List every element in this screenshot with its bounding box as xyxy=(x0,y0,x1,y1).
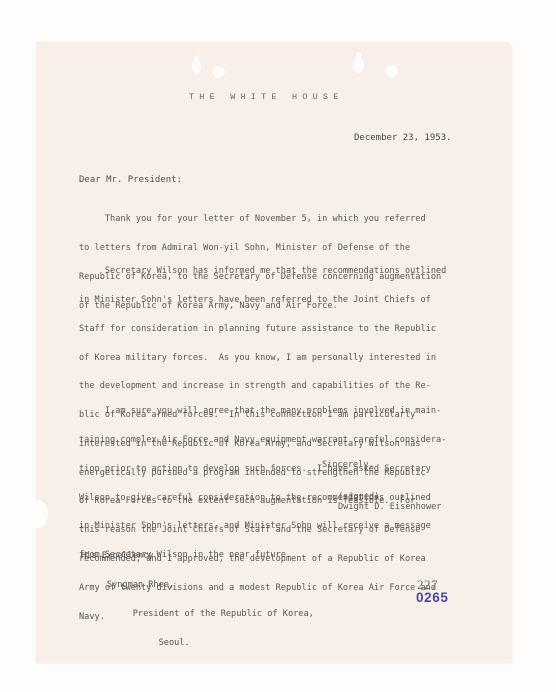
punch-hole-icon xyxy=(213,66,225,78)
salutation: Dear Mr. President: xyxy=(79,176,182,186)
address-line: His Excellency xyxy=(81,552,314,562)
address-line: Seoul. xyxy=(81,639,314,649)
punch-hole-icon xyxy=(385,65,398,78)
punch-hole-icon xyxy=(356,52,361,61)
address-line: Syngman Rhee, xyxy=(81,581,314,591)
text-line: tion prior to action to develop such for… xyxy=(79,465,446,475)
text-line: in Minister Sohn's letters have been ref… xyxy=(79,296,446,306)
letter-date: December 23, 1953. xyxy=(354,134,452,144)
text-line: I am sure you will agree that the many p… xyxy=(79,407,446,417)
signature-name: Dwight D. Eisenhower xyxy=(338,503,441,513)
text-line: in Minister Sohn's letters, and Minister… xyxy=(79,522,446,532)
punch-hole-icon xyxy=(192,60,201,74)
text-line: Secretary Wilson has informed me that th… xyxy=(79,267,446,277)
page-corner xyxy=(507,41,513,47)
archive-stamp: 0265 xyxy=(416,590,448,605)
letterhead: THE WHITE HOUSE xyxy=(189,92,344,102)
addressee-block: His Excellency Syngman Rhee, President o… xyxy=(81,533,314,667)
complimentary-close: Sincerely, xyxy=(322,461,374,471)
text-line: taining complex Air Force and Navy equip… xyxy=(79,436,446,446)
page-notch xyxy=(28,500,48,528)
text-line: Staff for consideration in planning futu… xyxy=(79,325,446,335)
text-line: Thank you for your letter of November 5,… xyxy=(79,215,441,225)
address-line: President of the Republic of Korea, xyxy=(81,610,314,620)
punch-hole-icon xyxy=(195,54,199,62)
text-line: of Korea military forces. As you know, I… xyxy=(79,354,446,364)
letter-page: THE WHITE HOUSE December 23, 1953. Dear … xyxy=(36,42,512,663)
